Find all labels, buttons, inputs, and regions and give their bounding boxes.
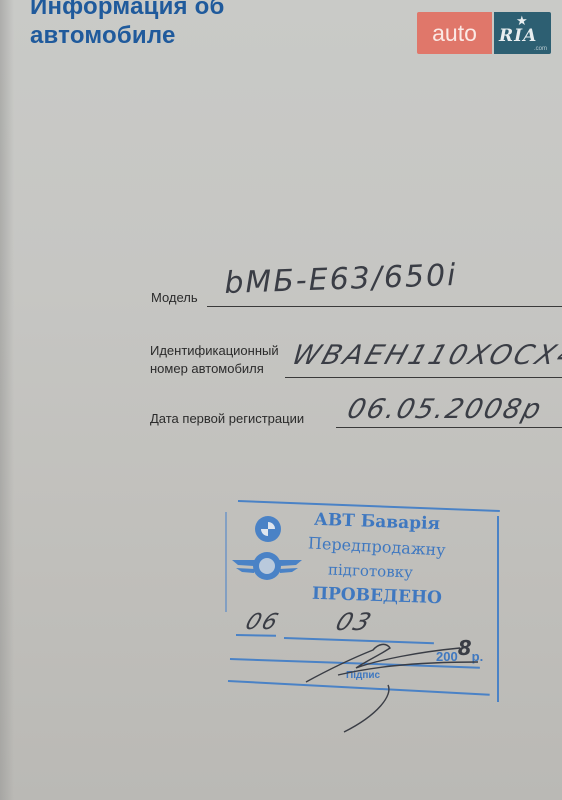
page-title: Информация об автомобиле [30, 0, 224, 50]
paper-shadow [0, 0, 14, 800]
dealer-stamp: АВТ Баварія Передпродажну підготовку ПРО… [228, 500, 498, 700]
watermark-ria: ★ RIA .com [494, 12, 551, 54]
registration-date-underline [336, 427, 562, 428]
vin-underline [285, 377, 562, 378]
registration-date-label: Дата первой регистрации [150, 411, 304, 427]
vin-value: WBAEH110XOCX46 [288, 340, 562, 371]
model-value: bМБ-E63/650i [224, 258, 458, 301]
vin-label-line-1: Идентификационный [150, 343, 279, 359]
watermark-ria-text: RIA [499, 26, 537, 46]
vin-label-line-2: номер автомобиля [150, 361, 264, 377]
title-line-1: Информация об [30, 0, 224, 21]
watermark-domain: .com [534, 46, 547, 52]
registration-date-value: 06.05.2008р [344, 394, 546, 425]
autoria-watermark: auto ★ RIA .com [417, 12, 551, 54]
stamp-border [225, 512, 227, 612]
signature-scribble [228, 500, 528, 740]
watermark-auto: auto [417, 12, 492, 54]
model-label: Модель [151, 290, 198, 306]
title-line-2: автомобиле [30, 21, 224, 50]
model-underline [207, 306, 562, 307]
